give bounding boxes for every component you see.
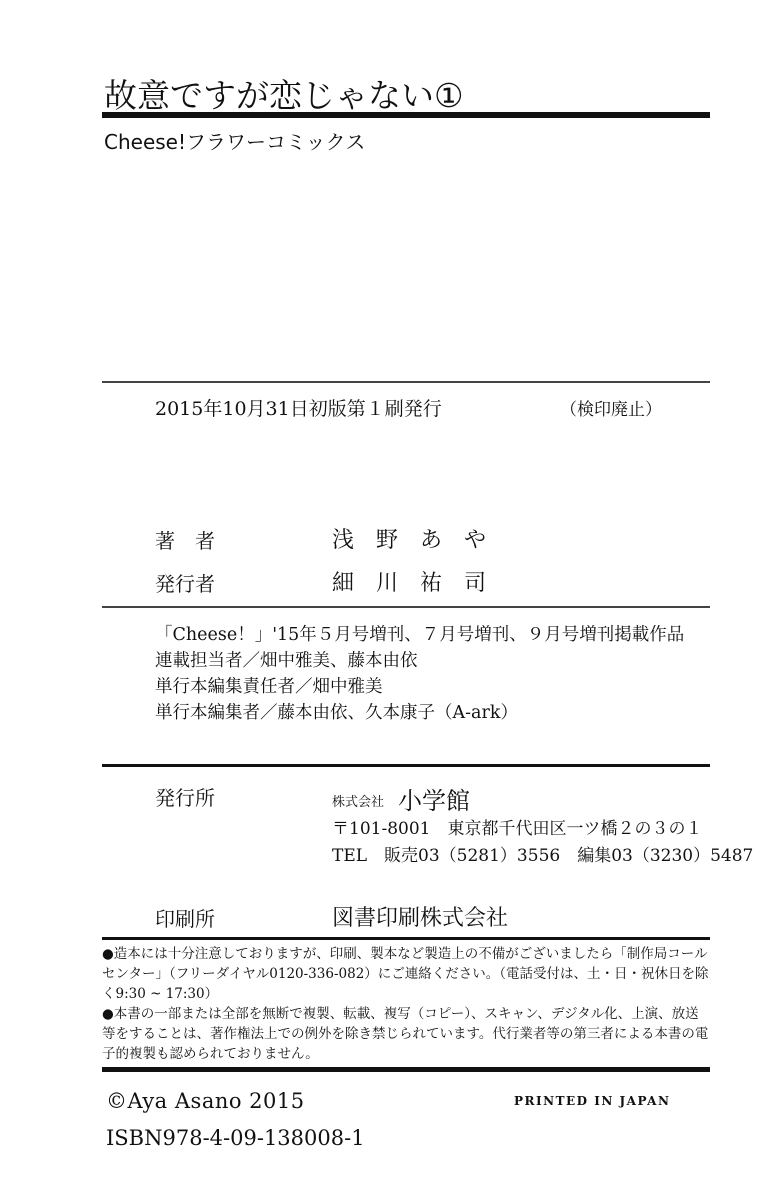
- company-name: 小学館: [398, 781, 470, 816]
- defect-notice: ●造本には十分注意しておりますが、印刷、製本など製造上の不備がございましたら「制…: [102, 944, 710, 1004]
- author-role: 著 者: [155, 525, 215, 554]
- printer-name: 図書印刷株式会社: [332, 901, 508, 932]
- publisher-person-role: 発行者: [155, 568, 215, 597]
- publisher-tel: TEL 販売03（5281）3556 編集03（3230）5487: [332, 841, 753, 866]
- notice-rule: [102, 937, 710, 940]
- issue-rule: [102, 381, 710, 383]
- footer-rule: [102, 1067, 710, 1072]
- copyright-line: ©Aya Asano 2015: [106, 1089, 305, 1113]
- seal-abolished-note: （検印廃止）: [560, 395, 662, 420]
- chief-editor: 単行本編集責任者／畑中雅美: [155, 673, 383, 698]
- title-rule: [102, 112, 710, 118]
- imprint-label: Cheese!フラワーコミックス: [104, 126, 365, 155]
- serial-editor: 連載担当者／畑中雅美、藤本由依: [155, 647, 418, 672]
- printed-in-japan: PRINTED IN JAPAN: [514, 1094, 670, 1108]
- people-rule: [102, 606, 710, 608]
- printer-role: 印刷所: [155, 903, 215, 932]
- publisher-role: 発行所: [155, 782, 215, 811]
- publisher-rule: [102, 764, 710, 767]
- volume-editor: 単行本編集者／藤本由依、久本康子（A-ark）: [155, 699, 518, 724]
- first-edition-date: 2015年10月31日初版第１刷発行: [155, 394, 442, 421]
- serialization-note: 「Cheese！」'15年５月号増刊、７月号増刊、９月号増刊掲載作品: [155, 621, 684, 646]
- company-prefix: 株式会社: [332, 791, 384, 810]
- publisher-address: 〒101-8001 東京都千代田区一ツ橋２の３の１: [332, 814, 702, 839]
- publisher-person-name: 細川祐司: [332, 566, 508, 597]
- author-name: 浅野あや: [332, 523, 508, 554]
- copyright-notice: ●本書の一部または全部を無断で複製、転載、複写（コピー）、スキャン、デジタル化、…: [102, 1004, 710, 1064]
- isbn: ISBN978-4-09-138008-1: [106, 1126, 365, 1150]
- book-title: 故意ですが恋じゃない①: [104, 70, 464, 117]
